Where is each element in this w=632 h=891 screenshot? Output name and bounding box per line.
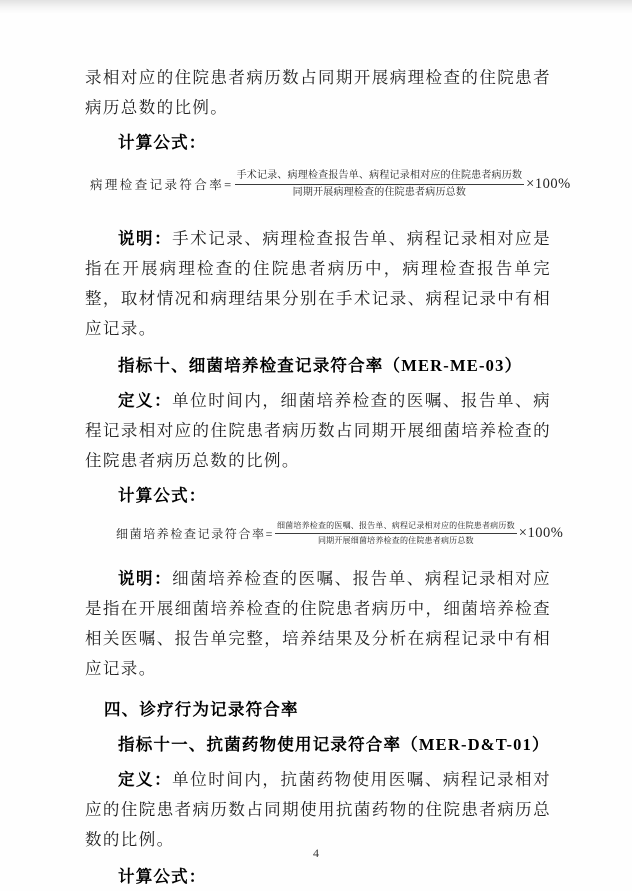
- note-2-label: 说明：: [118, 569, 172, 588]
- formula-1-multiplier: ×100%: [526, 176, 571, 193]
- document-page: 录相对应的住院患者病历数占同期开展病理检查的住院患者病历总数的比例。 计算公式：…: [0, 0, 632, 891]
- formula-2-lhs: 细菌培养检查记录符合率=: [116, 525, 274, 542]
- definition-10-paragraph: 定义：单位时间内，细菌培养检查的医嘱、报告单、病程记录相对应的住院患者病历数占同…: [85, 386, 551, 476]
- calc-formula-heading-2: 计算公式：: [85, 481, 551, 511]
- note-2-paragraph: 说明：细菌培养检查的医嘱、报告单、病程记录相对应是指在开展细菌培养检查的住院患者…: [85, 564, 551, 684]
- page-number: 4: [0, 846, 632, 861]
- note-1-paragraph: 说明：手术记录、病理检查报告单、病程记录相对应是指在开展病理检查的住院患者病历中…: [85, 224, 551, 344]
- formula-pathology-record-compliance: 病理检查记录符合率= 手术记录、病理检查报告单、病程记录相对应的住院患者病历数 …: [90, 162, 551, 206]
- formula-1-lhs: 病理检查记录符合率=: [90, 175, 234, 193]
- calc-formula-heading-1: 计算公式：: [85, 128, 551, 158]
- definition-11-label: 定义：: [118, 770, 172, 789]
- calc-formula-heading-3: 计算公式：: [85, 862, 551, 891]
- formula-bacterial-culture-compliance: 细菌培养检查记录符合率= 细菌培养检查的医嘱、报告单、病程记录相对应的住院患者病…: [116, 513, 551, 553]
- page-content: 录相对应的住院患者病历数占同期开展病理检查的住院患者病历总数的比例。 计算公式：…: [85, 63, 551, 891]
- formula-1-fraction: 手术记录、病理检查报告单、病程记录相对应的住院患者病历数 同期开展病理检查的住院…: [235, 169, 525, 199]
- indicator-11-heading: 指标十一、抗菌药物使用记录符合率（MER-D&T-01）: [85, 730, 551, 760]
- formula-2-multiplier: ×100%: [519, 525, 564, 542]
- note-1-label: 说明：: [118, 229, 172, 248]
- section-4-heading: 四、诊疗行为记录符合率: [85, 695, 551, 725]
- formula-1-numerator: 手术记录、病理检查报告单、病程记录相对应的住院患者病历数: [235, 169, 525, 185]
- indicator-10-heading: 指标十、细菌培养检查记录符合率（MER-ME-03）: [85, 351, 551, 381]
- definition-11-paragraph: 定义：单位时间内，抗菌药物使用医嘱、病程记录相对应的住院患者病历数占同期使用抗菌…: [85, 765, 551, 855]
- formula-2-denominator: 同期开展细菌培养检查的住院患者病历总数: [318, 534, 474, 546]
- paragraph-continuation: 录相对应的住院患者病历数占同期开展病理检查的住院患者病历总数的比例。: [85, 63, 551, 123]
- formula-1-denominator: 同期开展病理检查的住院患者病历总数: [293, 185, 466, 199]
- formula-2-numerator: 细菌培养检查的医嘱、报告单、病程记录相对应的住院患者病历数: [275, 520, 517, 534]
- definition-10-label: 定义：: [118, 391, 172, 410]
- page-top-shadow: [0, 0, 632, 14]
- formula-2-fraction: 细菌培养检查的医嘱、报告单、病程记录相对应的住院患者病历数 同期开展细菌培养检查…: [275, 520, 517, 546]
